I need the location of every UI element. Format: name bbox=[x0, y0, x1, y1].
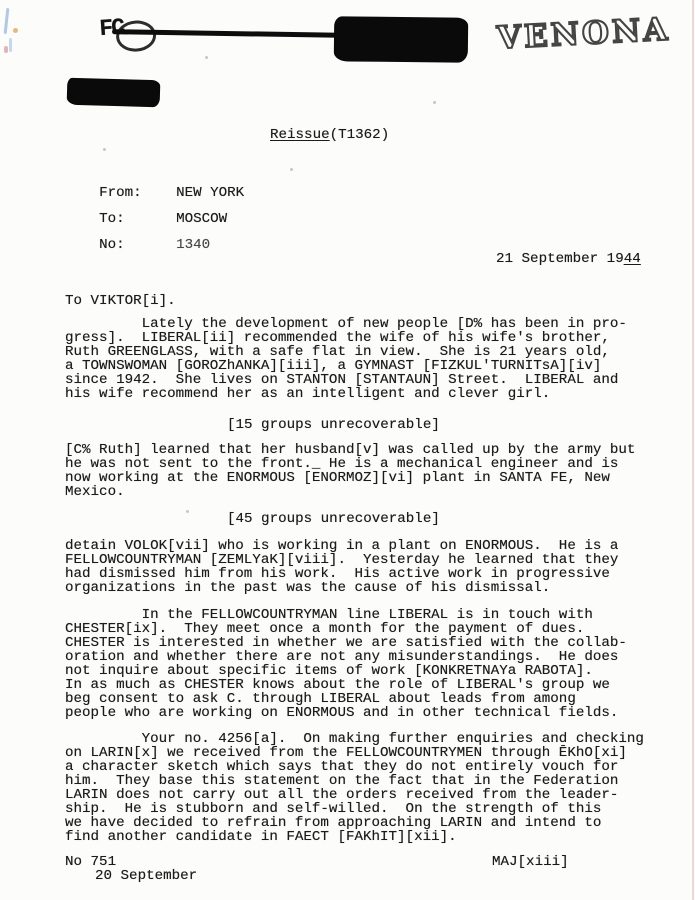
censor-circle-mark bbox=[115, 19, 157, 53]
reissue-label: Reissue bbox=[270, 127, 330, 143]
scan-speck bbox=[186, 510, 189, 513]
scan-artifact-blue bbox=[9, 38, 12, 52]
paragraph-volok: detain VOLOK[vii] who is working in a pl… bbox=[65, 539, 618, 595]
no-value: 1340 bbox=[176, 237, 210, 253]
paragraph-ruth: [C% Ruth] learned that her husband[v] wa… bbox=[65, 443, 635, 499]
reissue-line: Reissue(T1362) bbox=[270, 128, 389, 142]
scan-artifact-pink bbox=[4, 46, 8, 53]
paragraph-larin: Your no. 4256[a]. On making further enqu… bbox=[65, 732, 644, 844]
document-page: FC VENONA Reissue(T1362) From:NEW YORK T… bbox=[0, 0, 695, 900]
footer-number: No 751 bbox=[65, 855, 116, 869]
header-field-no: No:1340 bbox=[65, 224, 210, 266]
date-prefix: 21 September 19 bbox=[496, 251, 624, 267]
signature: MAJ[xiii] bbox=[492, 855, 569, 869]
paragraph-chester: In the FELLOWCOUNTRYMAN line LIBERAL is … bbox=[65, 608, 627, 720]
redaction-bar-left bbox=[67, 78, 161, 108]
reissue-number: (T1362) bbox=[330, 127, 390, 143]
paragraph-intro: Lately the development of new people [D%… bbox=[65, 317, 627, 401]
scan-speck bbox=[103, 148, 106, 151]
scan-speck bbox=[290, 168, 293, 171]
unrecoverable-note-1: [15 groups unrecoverable] bbox=[227, 418, 440, 432]
scan-speck bbox=[433, 101, 436, 104]
date-line: 21 September 1944 bbox=[496, 252, 641, 266]
censor-scribble: FC bbox=[99, 16, 161, 54]
scan-edge-line bbox=[692, 0, 694, 900]
date-underlined-digits: 44 bbox=[624, 251, 641, 267]
venona-stamp: VENONA bbox=[496, 14, 671, 54]
redaction-bar-top bbox=[334, 16, 468, 62]
scan-artifact-orange bbox=[13, 28, 18, 33]
unrecoverable-note-2: [45 groups unrecoverable] bbox=[227, 512, 440, 526]
salutation: To VIKTOR[i]. bbox=[65, 294, 176, 308]
footer-date: 20 September bbox=[95, 869, 197, 883]
no-label: No: bbox=[99, 238, 176, 252]
scan-speck bbox=[205, 56, 208, 59]
scan-artifact-blue bbox=[4, 8, 10, 34]
